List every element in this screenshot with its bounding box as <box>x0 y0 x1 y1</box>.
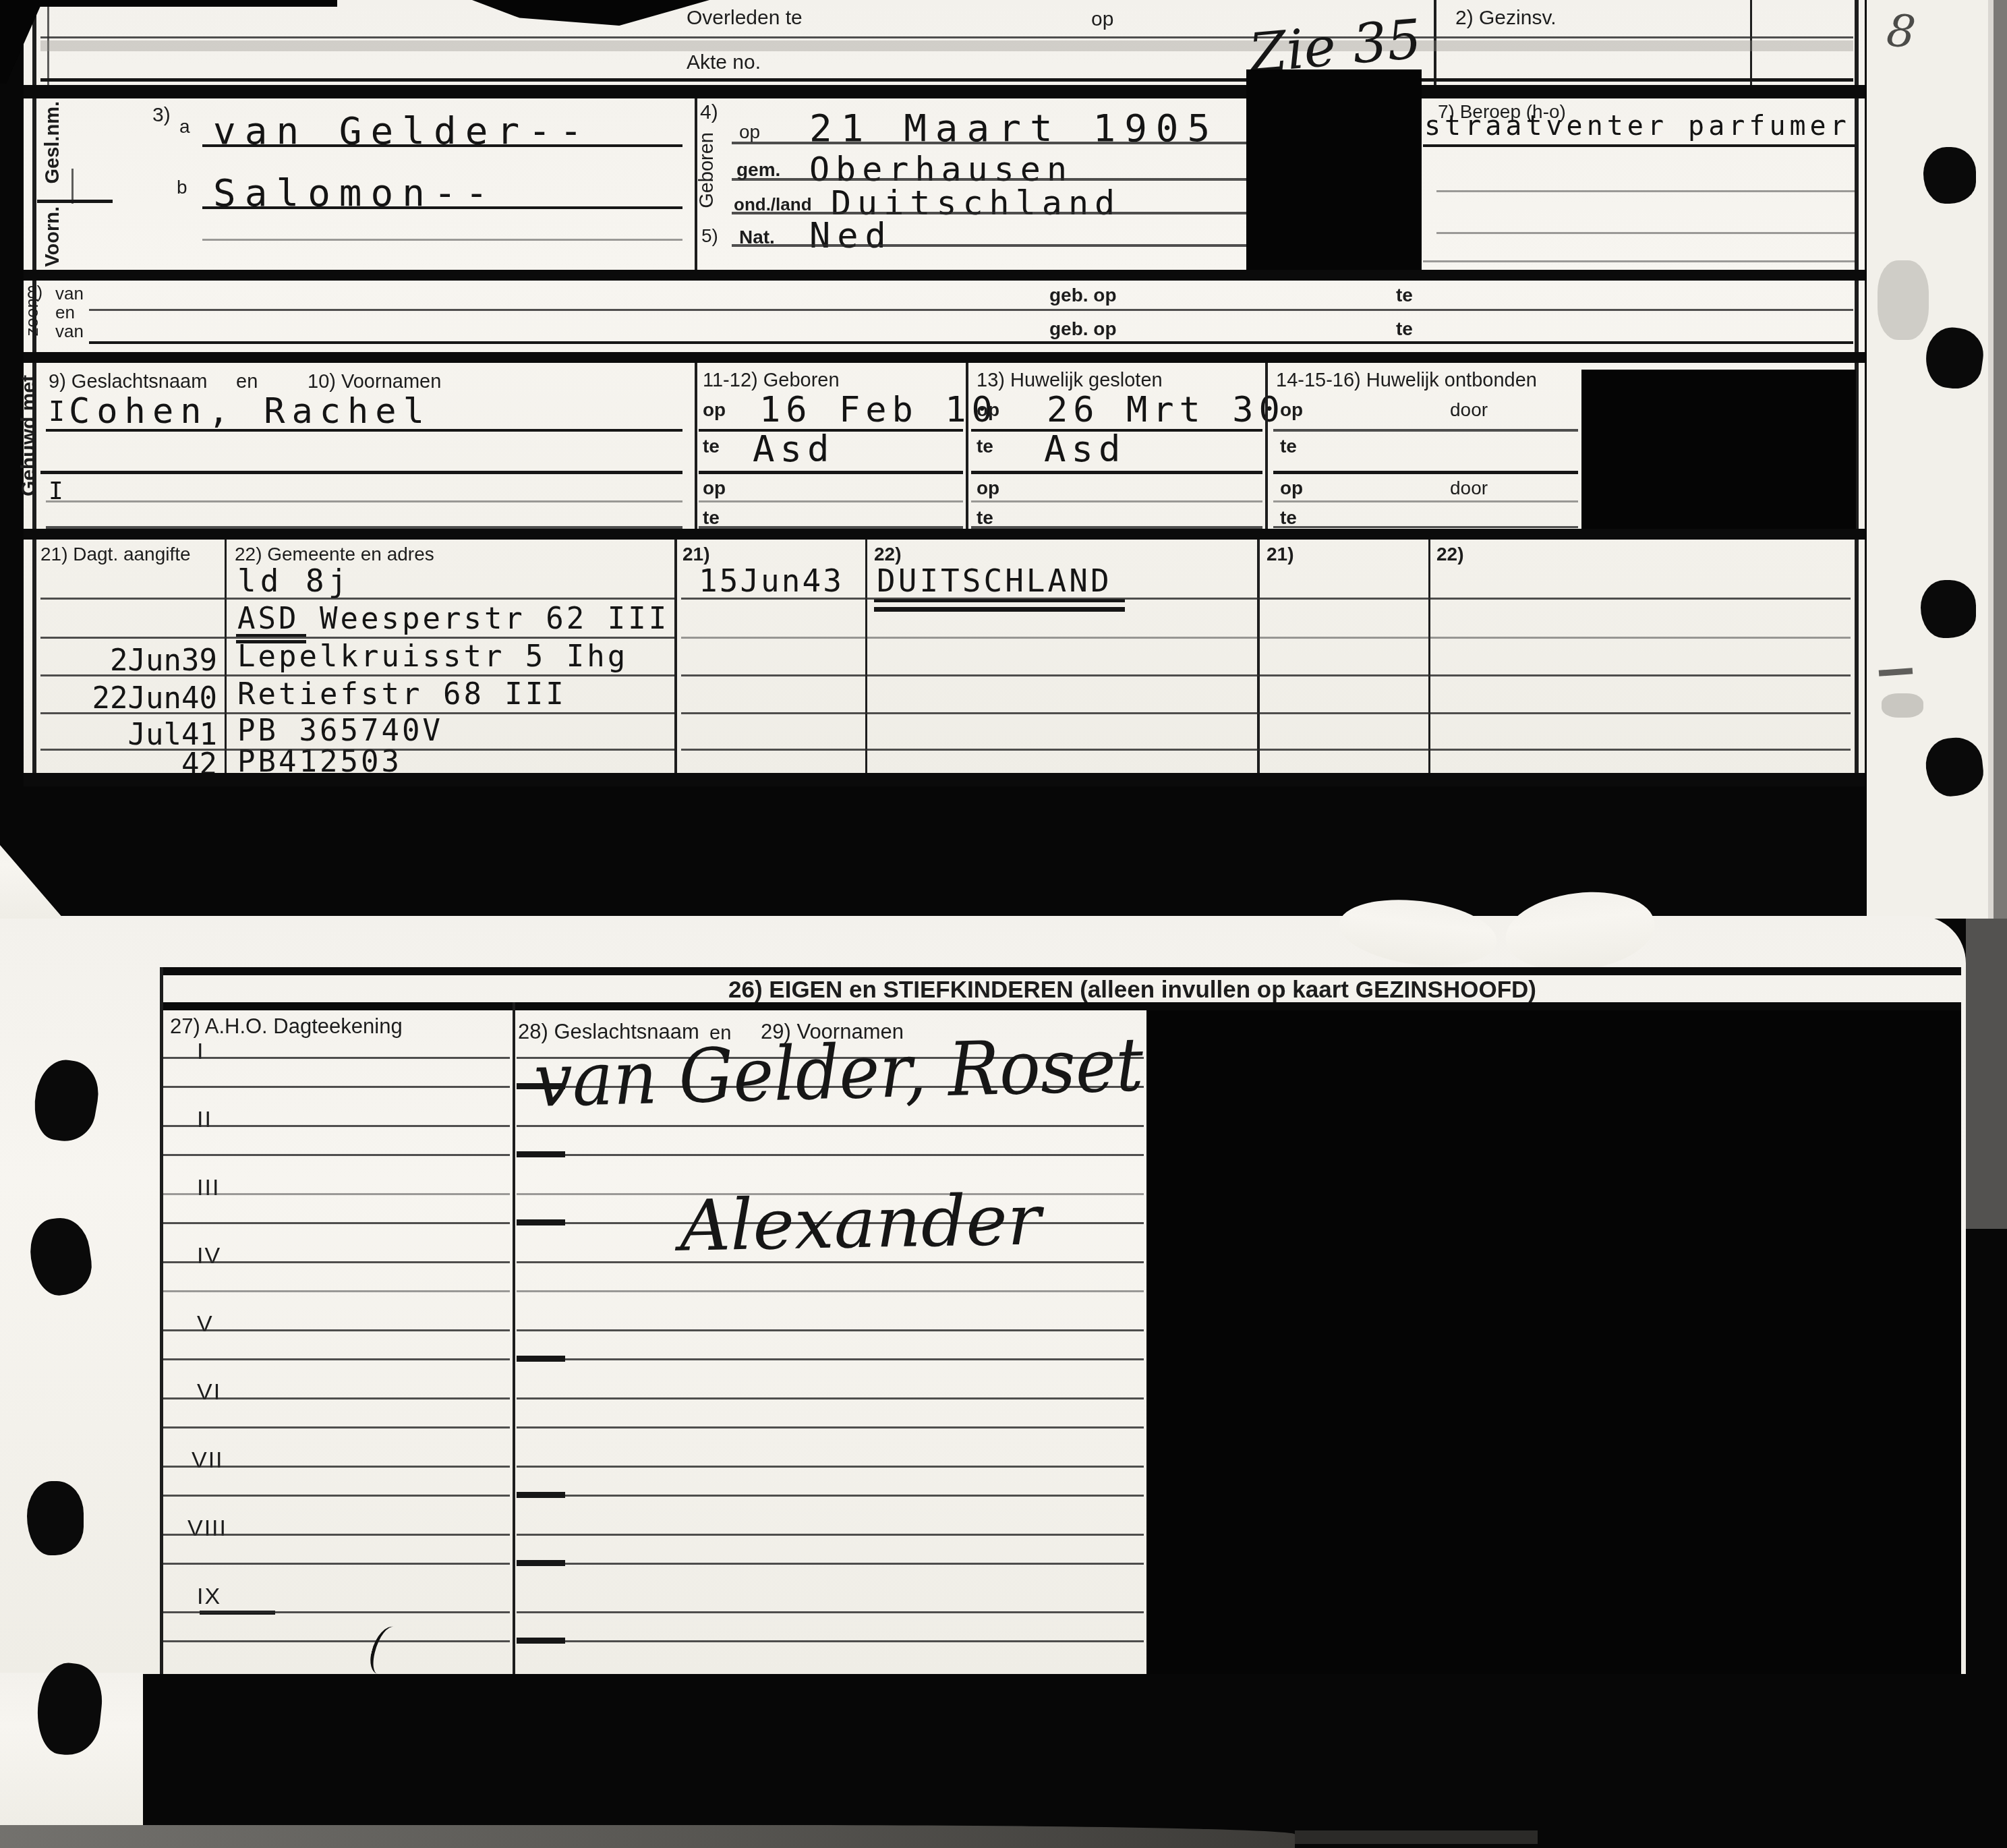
register-line-r <box>681 749 1851 751</box>
child-row-numeral: II <box>197 1107 212 1133</box>
heavy-rule-2 <box>24 270 1865 281</box>
div-line-4 <box>1273 526 1578 528</box>
te-label-1: te <box>1396 285 1413 306</box>
field4-number: 4) <box>700 101 718 124</box>
field3-number: 3) <box>152 104 171 127</box>
register-addr: ld 8j <box>237 562 351 599</box>
register-line <box>40 598 674 600</box>
parents-line-2 <box>89 341 1853 344</box>
h13-label: 13) Huwelijk gesloten <box>977 370 1163 392</box>
punch-hole <box>1921 580 1976 638</box>
h22c-label: 22) <box>1436 544 1463 565</box>
child-row-numeral: VIII <box>187 1515 227 1542</box>
firstnames-line <box>202 206 682 209</box>
geb-op-label-2: geb. op <box>1049 318 1117 340</box>
child-row-numeral: IV <box>197 1243 221 1269</box>
mar-op: op <box>977 399 999 421</box>
beroep-extra-line-2 <box>1436 232 1855 234</box>
register-date: 22Jun40 <box>40 681 217 716</box>
table-left-border <box>160 967 163 1674</box>
register-line <box>40 749 674 751</box>
h21-label: 21) Dagt. aangifte <box>40 544 191 565</box>
sp-birth-op: op <box>703 399 726 421</box>
row5-divider-5 <box>1428 540 1430 776</box>
beroep-line <box>1423 144 1855 147</box>
h10-label: 10) Voornamen <box>308 371 441 393</box>
geb-op-label-1: geb. op <box>1049 285 1117 306</box>
mar-te: te <box>977 436 993 457</box>
parents-line-1 <box>89 309 1853 311</box>
table-title-rule <box>160 1002 1961 1010</box>
row1-writing-line <box>40 36 1853 38</box>
sp-birth-te: te <box>703 436 720 457</box>
div-door: door <box>1450 399 1488 421</box>
gezinsv-label: 2) Gezinsv. <box>1455 7 1557 30</box>
punch-hole <box>27 1481 84 1555</box>
te-label-2: te <box>1396 318 1413 340</box>
label-bracket-tick <box>71 169 74 204</box>
register-line-r <box>681 637 1851 639</box>
register-addr: Lepelkruisstr 5 Ihg <box>237 639 628 674</box>
torn-fragment <box>0 835 63 919</box>
punch-hole <box>1923 147 1976 204</box>
mar-op2: op <box>977 478 999 499</box>
div-te: te <box>1280 436 1297 457</box>
sp-birth-date: 16 Feb 10 <box>759 390 998 430</box>
heavy-rule-3 <box>24 352 1865 363</box>
spb-line-3 <box>699 500 963 502</box>
div-door2: door <box>1450 478 1488 499</box>
register-21b-value: 15Jun43 <box>699 562 844 599</box>
redaction-box <box>1146 1010 1961 1674</box>
h27-label: 27) A.H.O. Dagteekening <box>170 1014 403 1039</box>
child-row-numeral: III <box>197 1175 220 1201</box>
card-bottom-rule <box>24 773 1865 786</box>
div-op: op <box>1280 399 1303 421</box>
overleden-op-label: op <box>1091 8 1113 31</box>
row5-divider-2 <box>674 540 677 776</box>
row1-smudge-streak <box>40 40 1853 51</box>
child-row-numeral: I <box>197 1039 204 1065</box>
heavy-rule-1 <box>24 85 1865 98</box>
gehuwd-met-side-label: Gehuwd met <box>18 375 40 496</box>
geslnm-side-label: Gesl.nm. <box>42 101 64 184</box>
mar-line-2 <box>971 471 1262 474</box>
div-line-1 <box>1273 429 1578 432</box>
surname-line <box>202 144 682 147</box>
row2-extra-line <box>202 239 682 241</box>
label-divider <box>37 200 113 203</box>
beroep-extra-line-1 <box>1436 190 1855 192</box>
children-table-title: 26) EIGEN en STIEFKINDEREN (alleen invul… <box>728 977 1536 1004</box>
row5-divider-3 <box>865 540 867 776</box>
overleden-te-label: Overleden te <box>687 7 803 30</box>
child-name-handwritten-2: Alexander <box>679 1178 1041 1267</box>
heavy-rule-4 <box>24 529 1865 540</box>
row5-divider-1 <box>225 540 227 776</box>
child-name-handwritten-1: van Gelder, Rosetta <box>533 1020 1213 1124</box>
register-22b-value: DUITSCHLAND <box>877 562 1112 599</box>
nationality-typed: Ned <box>809 216 893 256</box>
scan-mark <box>1882 693 1923 718</box>
sub-a-label: a <box>179 116 190 138</box>
redaction-box <box>1581 370 1856 530</box>
marriage-roman-mark-1: I <box>49 397 65 428</box>
zoon-side-label: zoon <box>22 298 42 336</box>
register-line <box>40 712 674 714</box>
akte-no-label: Akte no. <box>687 51 761 74</box>
mar-place: Asd <box>1044 428 1126 470</box>
sp-birth-op2: op <box>703 478 726 499</box>
child-row-numeral: IX <box>197 1584 221 1610</box>
child-row-numeral: V <box>197 1311 214 1337</box>
beroep-extra-line-3 <box>1423 260 1855 262</box>
parents-en-label: en <box>55 302 75 323</box>
mar-line-3 <box>971 500 1262 502</box>
spb-line-2 <box>699 471 963 474</box>
beroep-typed: straatventer parfumer <box>1424 111 1851 142</box>
register-line-r <box>681 674 1851 676</box>
register-line <box>40 674 674 676</box>
row1-bottom-line <box>40 78 1853 82</box>
page-number-handwritten: 8 <box>1884 4 1918 59</box>
register-addr: Retiefstr 68 III <box>237 677 566 712</box>
h21c-label: 21) <box>1267 544 1293 565</box>
scanned-registration-card-page: 8 Overleden te op 2) Gezinsv. Akte no. Z… <box>0 0 2007 1848</box>
register-line <box>40 637 674 639</box>
row4-divider-1 <box>695 363 697 530</box>
scan-artifact-top-sliver <box>0 0 337 7</box>
div-line-3 <box>1273 500 1578 502</box>
h9-en-label: en <box>236 371 258 393</box>
redaction-box <box>1246 69 1422 272</box>
voorn-side-label: Voorn. <box>42 206 64 267</box>
row5-divider-4 <box>1257 540 1260 776</box>
register-addr: PB 365740V <box>237 714 443 748</box>
register-addr: ASD Weesperstr 62 III <box>237 602 669 636</box>
div-line-2 <box>1273 471 1578 474</box>
duitschland-underline-2 <box>874 607 1125 612</box>
register-line-r <box>681 712 1851 714</box>
table-column-divider <box>513 1002 515 1674</box>
spouse-name-typed: Cohen, Rachel <box>69 391 431 432</box>
sub-b-label: b <box>177 177 187 198</box>
row4-divider-3 <box>1265 363 1268 530</box>
scan-smudge <box>1878 260 1929 340</box>
parents-van2-label: van <box>55 321 84 342</box>
right-margin-shadow <box>1988 0 2007 919</box>
h1112-label: 11-12) Geboren <box>703 370 840 392</box>
geboren-side-label: Geboren <box>696 132 718 208</box>
sp-birth-place: Asd <box>753 428 835 470</box>
h141516-label: 14-15-16) Huwelijk ontbonden <box>1276 370 1537 392</box>
bottom-scan-sliver-2 <box>1295 1830 1538 1844</box>
child-row-numeral: VII <box>192 1447 224 1474</box>
colA-line-3 <box>46 500 682 502</box>
mar-date: 26 Mrt 30 <box>1047 390 1285 430</box>
bottom-right-grey-edge <box>1966 919 2007 1229</box>
colA-line-2 <box>40 471 682 474</box>
birth-op-label: op <box>739 121 760 143</box>
spouse-line <box>46 429 682 432</box>
parents-van1-label: van <box>55 283 84 304</box>
register-date: 2Jun39 <box>40 643 217 678</box>
bottom-scan-sliver <box>0 1825 1295 1848</box>
child-row-numeral: VI <box>197 1379 221 1406</box>
register-line-r <box>681 598 1851 600</box>
div-op2: op <box>1280 478 1303 499</box>
h9-label: 9) Geslachtsnaam <box>49 371 207 393</box>
table-top-rule <box>160 967 1961 975</box>
field5-number: 5) <box>701 225 718 247</box>
row4-divider-2 <box>966 363 968 530</box>
